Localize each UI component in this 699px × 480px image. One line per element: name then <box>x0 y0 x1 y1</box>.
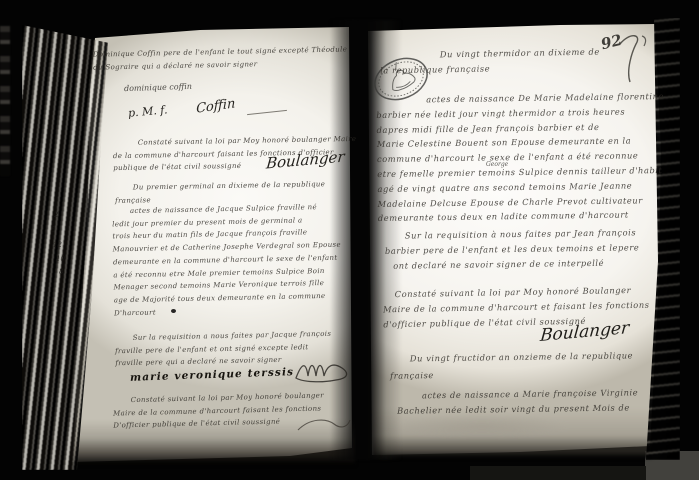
left-constat-2: Constaté suivant la loi par Moy honoré b… <box>113 389 325 432</box>
signature-scribble <box>292 358 354 384</box>
margin-number: 12 <box>53 241 62 249</box>
left-closing-paragraph: Dominique Coffin pere de l'enfant le tou… <box>93 43 348 74</box>
right-requisition: Sur la requisition à nous faites par Jea… <box>393 225 640 273</box>
register-scan: Dominique Coffin pere de l'enfant le tou… <box>0 0 699 480</box>
constat-flourish <box>296 416 352 436</box>
right-date-heading-2: Du vingt fructidor an onzieme de la repu… <box>390 348 634 385</box>
margin-number: 2 <box>54 211 58 219</box>
table-surface-shadow <box>470 466 646 480</box>
left-acte-naissance: actes de naissance de Jacque Sulpice fra… <box>112 201 343 320</box>
right-acte-naissance-1: actes de naissance De Marie Madelaine fl… <box>376 89 666 226</box>
margin-number: 8 <box>59 268 63 276</box>
right-date-heading-1: Du vingt thermidor an dixieme de la repu… <box>432 45 600 78</box>
table-surface-patch <box>645 451 699 480</box>
handwritten-line: française <box>390 363 633 385</box>
ink-blot <box>171 309 176 313</box>
left-edge-sliver <box>0 26 10 176</box>
interline-insertion: George <box>486 161 508 168</box>
right-acte-naissance-2: actes de naissance a Marie françoise Vir… <box>397 385 639 418</box>
margin-number: 5 <box>51 226 55 234</box>
margin-number: 10 <box>56 255 65 263</box>
corner-flourish <box>612 30 652 88</box>
